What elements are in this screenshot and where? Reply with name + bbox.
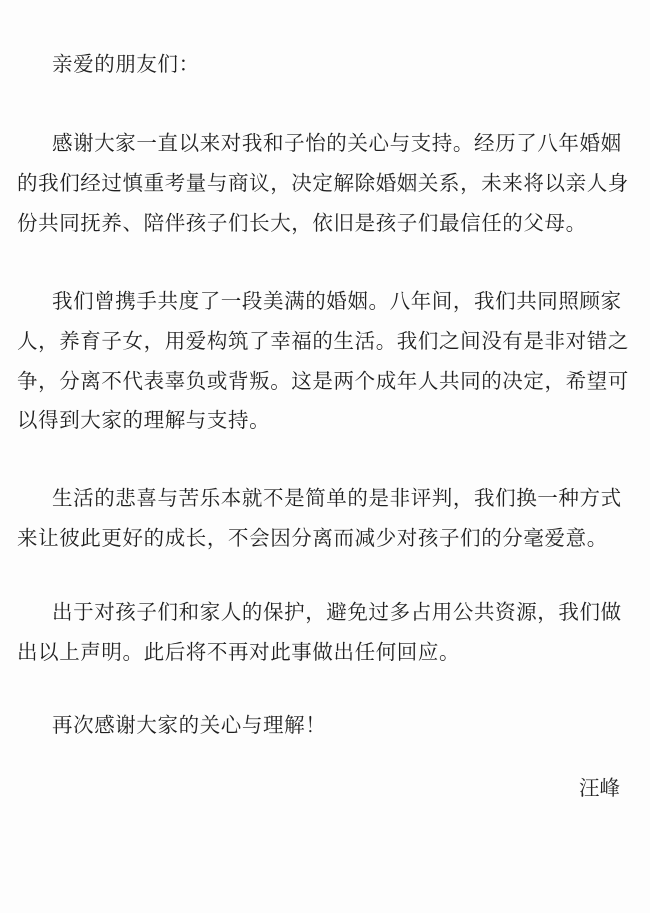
paragraph-line: 出于对孩子们和家人的保护，避免过多占用公共资源，我们做 — [52, 600, 622, 624]
paragraph-line: 生活的悲喜与苦乐本就不是简单的是非评判，我们换一种方式 — [52, 486, 622, 510]
paragraph-line: 的我们经过慎重考量与商议，决定解除婚姻关系，未来将以亲人身 — [17, 171, 629, 195]
paragraph-line: 来让彼此更好的成长，不会因分离而减少对孩子们的分毫爱意。 — [17, 526, 608, 550]
paragraph-line: 再次感谢大家的关心与理解！ — [52, 713, 326, 737]
signature: 汪峰 — [579, 776, 620, 800]
paragraph-line: 出以上声明。此后将不再对此事做出任何回应。 — [17, 640, 460, 664]
paragraph-line: 份共同抚养、陪伴孩子们长大，依旧是孩子们最信任的父母。 — [17, 211, 587, 235]
paragraph-line: 争，分离不代表辜负或背叛。这是两个成年人共同的决定，希望可 — [17, 369, 629, 393]
paragraph-line: 以得到大家的理解与支持。 — [17, 408, 270, 432]
paragraph-line: 人，养育子女，用爱构筑了幸福的生活。我们之间没有是非对错之 — [17, 329, 629, 353]
paragraph-line: 感谢大家一直以来对我和子怡的关心与支持。经历了八年婚姻 — [52, 131, 622, 155]
salutation: 亲爱的朋友们： — [52, 52, 200, 76]
paragraph-line: 我们曾携手共度了一段美满的婚姻。八年间，我们共同照顾家 — [52, 289, 622, 313]
letter-page: 亲爱的朋友们： 感谢大家一直以来对我和子怡的关心与支持。经历了八年婚姻 的我们经… — [0, 0, 650, 913]
